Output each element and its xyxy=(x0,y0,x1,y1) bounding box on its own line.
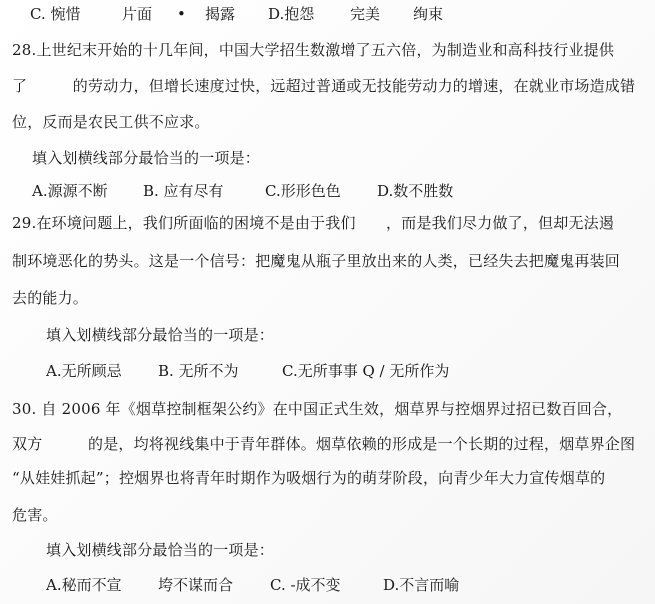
question-text-line: 29.在环境问题上，我们所面临的困境不是由于我们 ，而是我们尽力做了，但却无法遏 xyxy=(12,213,614,233)
question-prompt: 填入划横线部分最恰当的一项是： xyxy=(46,540,274,560)
answer-options: A.秘而不宣 垮不谋而合 C. -成不变 D.不言而喻 xyxy=(0,575,655,595)
option-text: 片面 xyxy=(122,4,152,24)
option-b: 垮不谋而合 xyxy=(158,575,233,595)
option-d: D.数不胜数 xyxy=(377,181,453,201)
option-c: C. 惋惜 xyxy=(30,4,80,24)
question-text-line: 危害。 xyxy=(12,505,58,525)
answer-options: A.源源不断 B. 应有尽有 C.形形色色 D.数不胜数 xyxy=(0,181,655,201)
question-text-line: 30. 自 2006 年《烟草控制框架公约》在中国正式生效，烟草界与控烟界过招已… xyxy=(12,399,622,419)
option-text: 揭露 xyxy=(205,4,235,24)
question-text-line: 双方 的是，均将视线集中于青年群体。烟草依赖的形成是一个长期的过程，烟草界企图 xyxy=(12,434,635,454)
option-b: B. 无所不为 xyxy=(158,361,239,381)
option-c: C.形形色色 xyxy=(265,181,341,201)
question-text-line: 了 的劳动力，但增长速度过快，远超过普通或无技能劳动力的增速，在就业市场造成错 xyxy=(12,76,635,96)
question-text-line: 位，反而是农民工供不应求。 xyxy=(12,112,210,132)
question-text-line: “从娃娃抓起”；控烟界也将青年时期作为吸烟行为的萌芽阶段，向青少年大力宣传烟草的 xyxy=(12,468,605,488)
exam-page: C. 惋惜 片面 • 揭露 D.抱怨 完美 绚束 28.上世纪末开始的十几年间，… xyxy=(0,0,655,604)
bullet-mark: • xyxy=(177,4,186,24)
previous-question-options: C. 惋惜 片面 • 揭露 D.抱怨 完美 绚束 xyxy=(0,4,655,24)
question-text-line: 制环境恶化的势头。这是一个信号：把魔鬼从瓶子里放出来的人类，已经失去把魔鬼再装回 xyxy=(12,251,620,271)
option-text: 绚束 xyxy=(413,4,443,24)
option-d: D.不言而喻 xyxy=(383,575,459,595)
answer-options: A.无所顾忌 B. 无所不为 C.无所事事 Q / 无所作为 xyxy=(0,361,655,381)
question-prompt: 填入划横线部分最恰当的一项是： xyxy=(46,325,274,345)
option-a: A.秘而不宣 xyxy=(46,575,122,595)
option-a: A.无所顾忌 xyxy=(46,361,122,381)
option-b: B. 应有尽有 xyxy=(143,181,224,201)
option-c: C.无所事事 Q / 无所作为 xyxy=(282,361,449,381)
question-text-line: 去的能力。 xyxy=(12,288,88,308)
option-d: D.抱怨 xyxy=(268,4,314,24)
question-prompt: 填入划横线部分最恰当的一项是： xyxy=(32,148,260,168)
option-text: 完美 xyxy=(350,4,380,24)
option-c: C. -成不变 xyxy=(270,575,341,595)
question-text-line: 28.上世纪末开始的十几年间，中国大学招生数激增了五六倍，为制造业和高科技行业提… xyxy=(12,40,614,60)
option-a: A.源源不断 xyxy=(32,181,108,201)
